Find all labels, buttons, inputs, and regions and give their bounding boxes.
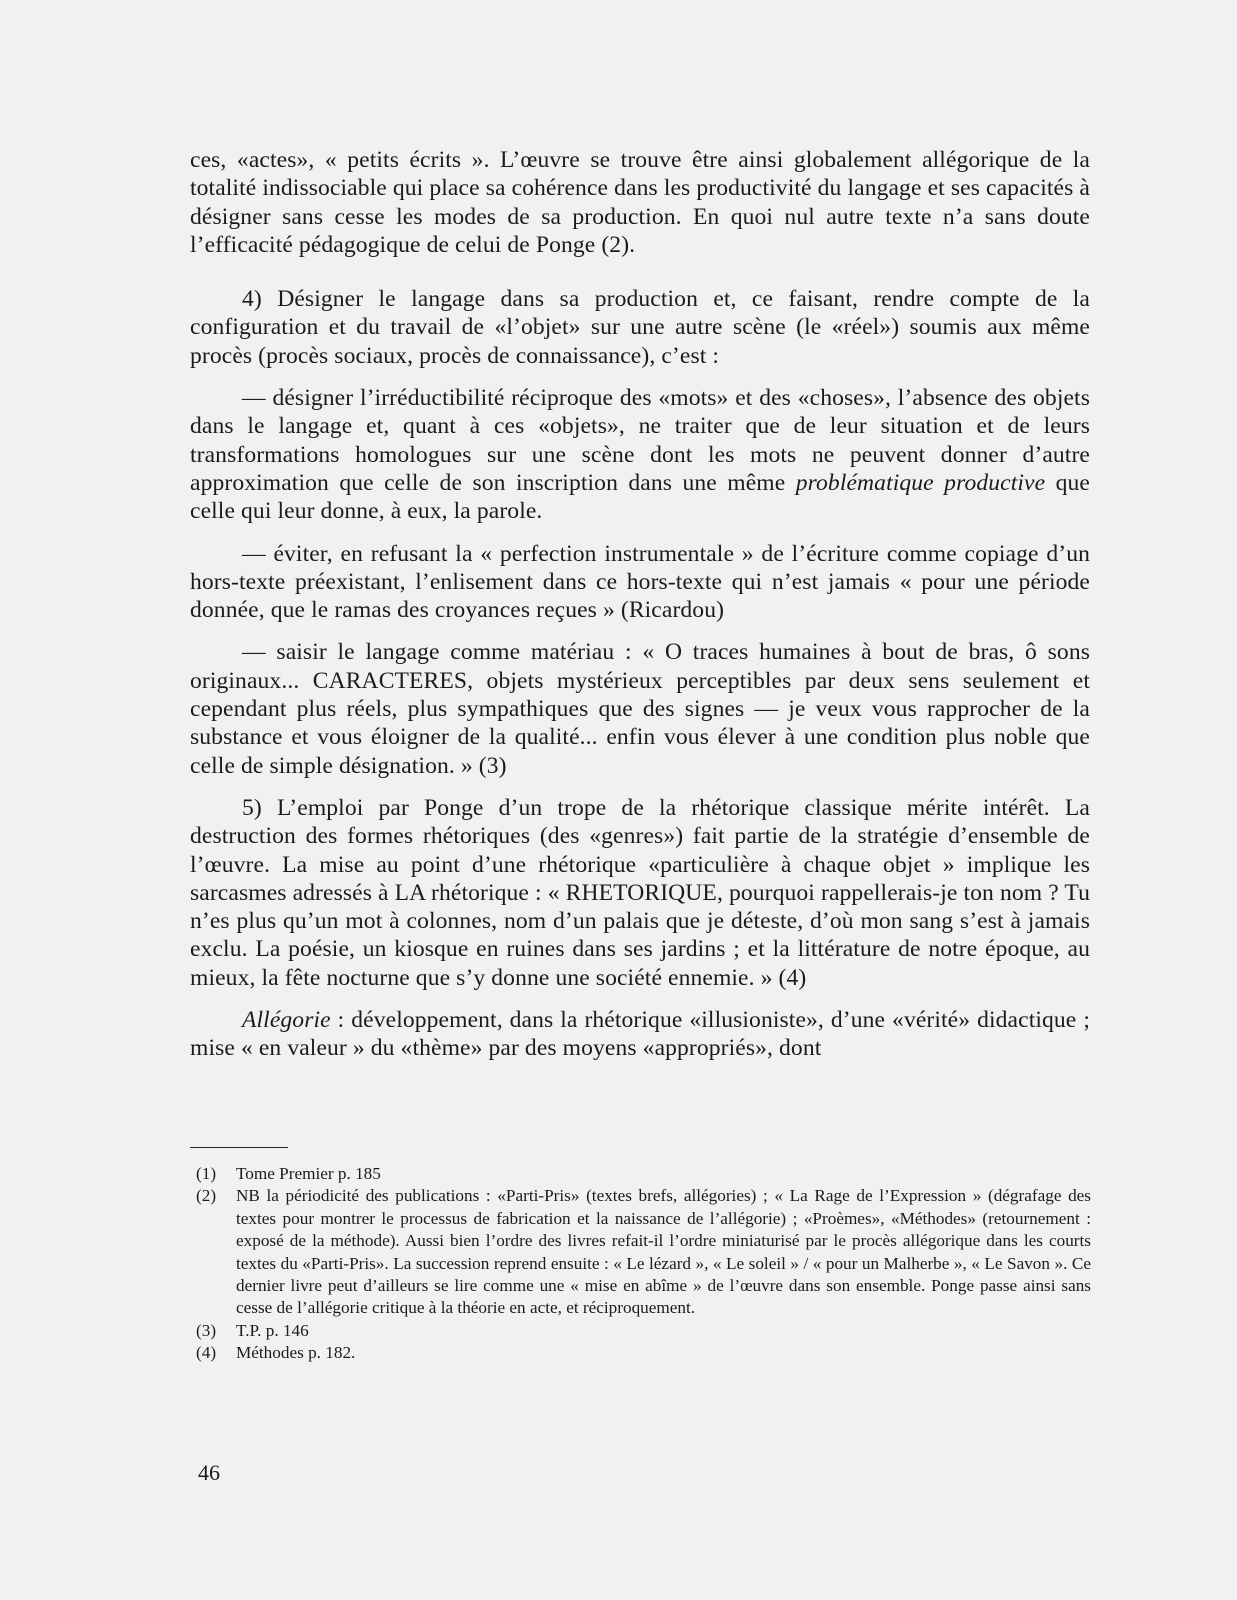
italic-allegorie: Allégorie [242,1007,331,1033]
footnote-number: (2) [196,1185,236,1319]
footnote-text: Méthodes p. 182. [236,1342,1091,1364]
footnote-number: (1) [196,1163,236,1185]
footnote-4: (4) Méthodes p. 182. [196,1342,1091,1364]
footnote-number: (4) [196,1342,236,1364]
footnote-text: NB la périodicité des publications : «Pa… [236,1185,1091,1319]
paragraph-saisir: — saisir le langage comme matériau : « O… [190,638,1090,779]
paragraph-point-5: 5) L’emploi par Ponge d’un trope de la r… [190,794,1090,992]
paragraph-allegorie: Allégorie : développement, dans la rhéto… [190,1006,1090,1063]
footnotes: (1) Tome Premier p. 185 (2) NB la périod… [196,1163,1091,1365]
main-text: ces, «actes», « petits écrits ». L’œuvre… [190,146,1090,1063]
paragraph-designer: — désigner l’irréductibilité réciproque … [190,384,1090,525]
footnote-text: T.P. p. 146 [236,1320,1091,1342]
footnote-1: (1) Tome Premier p. 185 [196,1163,1091,1185]
footnote-divider [190,1147,288,1148]
italic-problematique: problématique productive [796,470,1045,496]
footnote-text: Tome Premier p. 185 [236,1163,1091,1185]
paragraph-1: ces, «actes», « petits écrits ». L’œuvre… [190,146,1090,259]
page-number: 46 [198,1460,220,1486]
footnote-2: (2) NB la périodicité des publications :… [196,1185,1091,1319]
paragraph-eviter: — éviter, en refusant la « perfection in… [190,540,1090,625]
footnote-3: (3) T.P. p. 146 [196,1320,1091,1342]
footnote-number: (3) [196,1320,236,1342]
paragraph-point-4: 4) Désigner le langage dans sa productio… [190,285,1090,370]
